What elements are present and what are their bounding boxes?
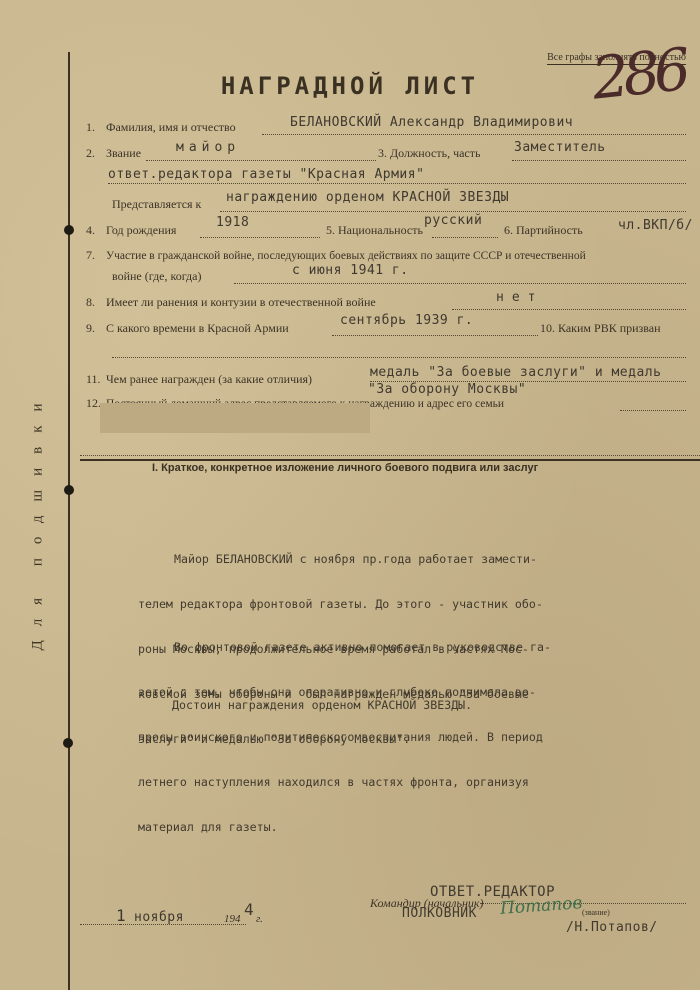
- binding-margin-line: [68, 52, 70, 990]
- field-label: Национальность: [338, 223, 423, 237]
- signature-year-suffix: 4: [244, 900, 254, 919]
- section-separator: [80, 455, 700, 461]
- field-label: Каким РВК призван: [558, 321, 661, 335]
- field-label-cont: войне (где, когда): [112, 269, 201, 284]
- signature-month: ноября: [134, 910, 184, 925]
- nomination-label: Представляется к: [112, 197, 201, 212]
- field-label: Чем ранее награжден (за какие отличия): [106, 372, 312, 386]
- narrative-conclusion: Достоин награждения орденом КРАСНОЙ ЗВЕЗ…: [172, 698, 700, 713]
- narrative-paragraph-2: Во фронтовой газете активно помогает в р…: [138, 610, 698, 850]
- field-label: Звание: [106, 146, 141, 160]
- field-number: 8.: [86, 295, 106, 310]
- field-number: 9.: [86, 321, 106, 336]
- field-nationality-label: 5. Национальность: [326, 223, 423, 238]
- field-number: 11.: [86, 372, 106, 387]
- dotted-line: [332, 335, 538, 336]
- field-value-party: чл.ВКП/б/: [618, 218, 693, 233]
- signature-year-label: г.: [256, 913, 263, 925]
- dotted-line: [234, 283, 686, 284]
- narrative-line: материал для газеты.: [138, 820, 698, 835]
- field-label: Имеет ли ранения и контузии в отечествен…: [106, 295, 376, 309]
- field-value-position-cont: ответ.редактора газеты "Красная Армия": [108, 167, 424, 182]
- signer-name: /Н.Потапов/: [566, 920, 658, 935]
- signature-day: 1: [116, 906, 126, 925]
- field-value-rank: майор: [176, 140, 240, 155]
- field-number: 3.: [378, 146, 387, 160]
- field-position-label: 3. Должность, часть: [378, 146, 480, 161]
- signature-year-prefix: 194: [224, 913, 241, 925]
- narrative-line: летнего наступления находился в частях ф…: [138, 775, 698, 790]
- dotted-line: [220, 211, 686, 212]
- field-wounds-row: 8.Имеет ли ранения и контузии в отечеств…: [86, 295, 686, 310]
- field-value-service-since: сентябрь 1939 г.: [340, 313, 473, 328]
- field-value-previous-awards-cont: "За оборону Москвы": [368, 382, 526, 397]
- narrative-line: Во фронтовой газете активно помогает в р…: [138, 640, 698, 655]
- section-heading: I. Краткое, конкретное изложение личного…: [152, 462, 538, 474]
- field-label: Участие в гражданской войне, последующих…: [106, 250, 586, 262]
- field-number: 7.: [86, 248, 106, 263]
- narrative-line: Майор БЕЛАНОВСКИЙ с ноября пр.года работ…: [138, 552, 698, 567]
- field-label: Должность, часть: [390, 146, 480, 160]
- punch-hole: [64, 225, 74, 235]
- field-label: Партийность: [516, 223, 583, 237]
- punch-hole: [64, 485, 74, 495]
- field-value-previous-awards: медаль "За боевые заслуги" и медаль: [370, 365, 661, 380]
- dotted-line: [108, 183, 686, 184]
- field-value-birth-year: 1918: [216, 215, 249, 230]
- field-value-position: Заместитель: [514, 140, 606, 155]
- field-label: Фамилия, имя и отчество: [106, 120, 236, 134]
- signer-rank: ПОЛКОВНИК: [402, 906, 477, 921]
- field-value-wounds: нет: [496, 290, 543, 305]
- redacted-address-area: [100, 403, 370, 433]
- dotted-line: [262, 134, 686, 135]
- field-number: 1.: [86, 120, 106, 135]
- dotted-line: [432, 237, 498, 238]
- field-label: С какого времени в Красной Армии: [106, 321, 289, 335]
- dotted-line: [512, 160, 686, 161]
- dotted-line: [620, 410, 686, 411]
- field-war-participation-row: 7.Участие в гражданской войне, последующ…: [86, 248, 686, 263]
- narrative-line: просы воинского и политического воспитан…: [138, 730, 698, 745]
- field-value-nationality: русский: [424, 213, 482, 228]
- field-rvk-label: 10. Каким РВК призван: [540, 321, 661, 336]
- nomination-value: награждению орденом КРАСНОЙ ЗВЕЗДЫ: [226, 190, 509, 205]
- dotted-line: [146, 160, 376, 161]
- punch-hole: [63, 738, 73, 748]
- field-number: 4.: [86, 223, 106, 238]
- field-number: 6.: [504, 223, 513, 237]
- field-label: Год рождения: [106, 223, 176, 237]
- dotted-line: [452, 309, 686, 310]
- field-value-war-participation: с июня 1941 г.: [292, 263, 409, 278]
- field-party-label: 6. Партийность: [504, 223, 583, 238]
- field-value-name: БЕЛАНОВСКИЙ Александр Владимирович: [290, 115, 573, 130]
- field-number: 2.: [86, 146, 106, 161]
- field-number: 10.: [540, 321, 555, 335]
- binding-label: Для подшивки: [18, 260, 58, 780]
- binding-label-text: Для подшивки: [30, 389, 47, 650]
- dotted-line: [200, 237, 320, 238]
- document-title: НАГРАДНОЙ ЛИСТ: [0, 72, 700, 100]
- rank-caption: (звание): [582, 908, 610, 917]
- field-number: 5.: [326, 223, 335, 237]
- dotted-line: [112, 357, 686, 358]
